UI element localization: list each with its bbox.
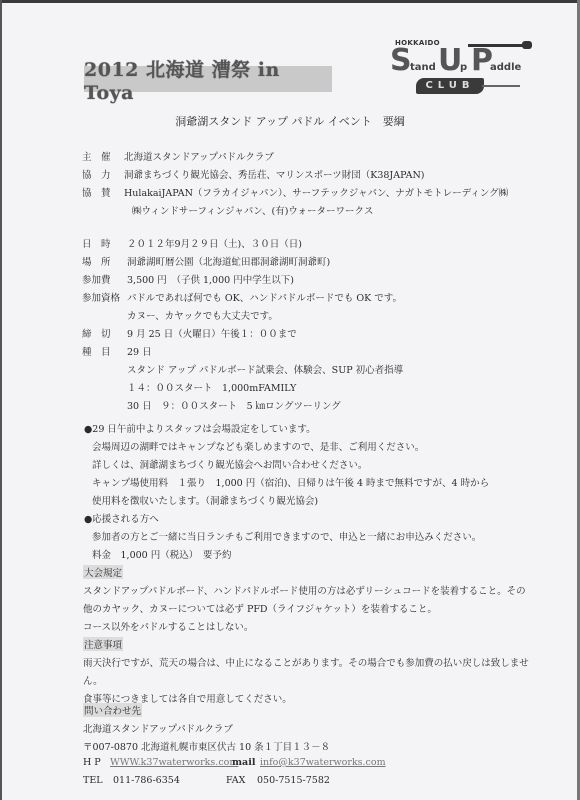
date-value: ２０１２年9月２９日（土)、３０日（日) (127, 236, 302, 250)
organizer-value: 北海道スタンドアップパドルクラブ (124, 149, 274, 163)
eligibility-label: 参加資格 (82, 290, 120, 304)
cautions-heading: 注意事項 (83, 637, 123, 651)
rules-line-2: 他のカヤック、カヌーについては必ず PFD（ライフジャケット）を装着すること。 (83, 601, 437, 615)
event-title: 2012 北海道 漕祭 in Toya (84, 66, 332, 92)
place-label: 場 所 (82, 254, 111, 268)
eligibility-value: パドルであれば何でも OK、ハンドパドルボードでも OK です。 (127, 290, 402, 304)
sponsor-continuation: ㈱ウィンドサーフィンジャパン、(有)ウォーターワークス (132, 203, 373, 217)
sponsor-value: HulakaiJAPAN（フラカイジャパン）、サーフテックジャパン、ナガトモトレ… (124, 185, 508, 199)
hp-label: H P (83, 757, 101, 768)
rules-line-1: スタンドアップパドルボード、ハンドパドルボード使用の方は必ずリーシュコードを装着… (83, 583, 526, 597)
events-label: 種 目 (82, 344, 111, 358)
contact-org: 北海道スタンドアップパドルクラブ (83, 721, 233, 735)
sponsor-label: 協 賛 (82, 185, 111, 199)
deadline-value: 9 月 25 日（火曜日）午後１：００まで (127, 326, 297, 340)
organizer-label: 主 催 (82, 149, 111, 163)
cautions-line-2: ん。 (83, 673, 103, 687)
logo-addle: addle (490, 62, 521, 73)
events-line-2: １４：００スタート 1,000mFAMILY (127, 380, 296, 394)
eligibility-continuation: カヌー、カヤックでも大丈夫です。 (127, 308, 278, 322)
note-camping: 会場周辺の湖畔ではキャンプなども楽しめますので、是非、ご利用ください。 (92, 439, 424, 453)
note-inquiry: 詳しくは、洞爺湖まちづくり観光協会へお問い合わせください。 (92, 457, 367, 471)
events-line-3: 30 日 ９：００スタート 5 ㎞ロングツーリング (127, 398, 341, 412)
logo-u: U (438, 46, 462, 76)
note-staff-setup: ●29 日午前中よりスタッフは会場設定をしています。 (84, 421, 316, 435)
fee-label: 参加費 (82, 272, 111, 286)
date-label: 日 時 (82, 236, 111, 250)
scan-edge-top (0, 0, 580, 3)
fee-value: 3,500 円 （子供 1,000 円中学生以下) (127, 272, 294, 286)
fax-value: 050-7515-7582 (257, 775, 330, 786)
logo-p: p (460, 62, 467, 73)
note-supporters-heading: ●応援される方へ (84, 511, 159, 525)
website-link[interactable]: WWW.k37waterworks.com (110, 757, 238, 768)
deadline-label: 締 切 (82, 326, 111, 340)
sup-club-logo: HOKKAIDO S tand U p P addle CLUB (388, 38, 558, 96)
cautions-line-1: 雨天決行ですが、荒天の場合は、中止になることがあります。その場合でも参加費の払い… (83, 655, 529, 669)
note-lunch-fee: 料金 1,000 円（税込） 要予約 (92, 547, 231, 561)
email-link[interactable]: info@k37waterworks.com (260, 757, 386, 768)
tel-value: 011-786-6354 (113, 775, 180, 786)
place-value: 洞爺湖町暦公園（北海道虻田郡洞爺湖町洞爺町) (127, 254, 330, 268)
cooperation-label: 協 力 (82, 167, 111, 181)
rules-heading: 大会規定 (83, 565, 123, 579)
contact-heading: 問い合わせ先 (83, 703, 142, 717)
note-camp-fee-cont: 使用料を徴収いたします。（洞爺まちづくり観光協会) (92, 493, 318, 507)
note-camp-fee: キャンプ場使用料 １張り 1,000 円（宿泊)、日帰りは午後 4 時まで無料で… (92, 475, 489, 489)
tel-label: TEL (83, 775, 103, 786)
cooperation-value: 洞爺まちづくり観光協会、秀岳荘、マリンスポーツ財団（K38JAPAN) (124, 167, 425, 181)
rules-line-3: コース以外をパドルすることはしない。 (83, 619, 253, 633)
note-lunch: 参加者の方とご一緒に当日ランチもご利用できますので、申込と一緒にお申込みください… (92, 529, 481, 543)
logo-tand: tand (410, 62, 436, 73)
contact-address: 〒007-0870 北海道札幌市東区伏古 10 条１丁目１３－８ (83, 739, 330, 753)
fax-label: FAX (226, 775, 245, 786)
mail-label: mail (232, 757, 255, 768)
logo-s: S (390, 46, 412, 76)
logo-club: CLUB (416, 78, 484, 94)
document-subtitle: 洞爺湖スタンド アップ パドル イベント 要綱 (0, 113, 580, 129)
paddle-blade-icon (522, 41, 532, 49)
events-line-1: スタンド アップ パドルボード試乗会、体験会、SUP 初心者指導 (127, 362, 403, 376)
events-day1: 29 日 (127, 344, 152, 358)
logo-brush-stroke (482, 85, 520, 87)
